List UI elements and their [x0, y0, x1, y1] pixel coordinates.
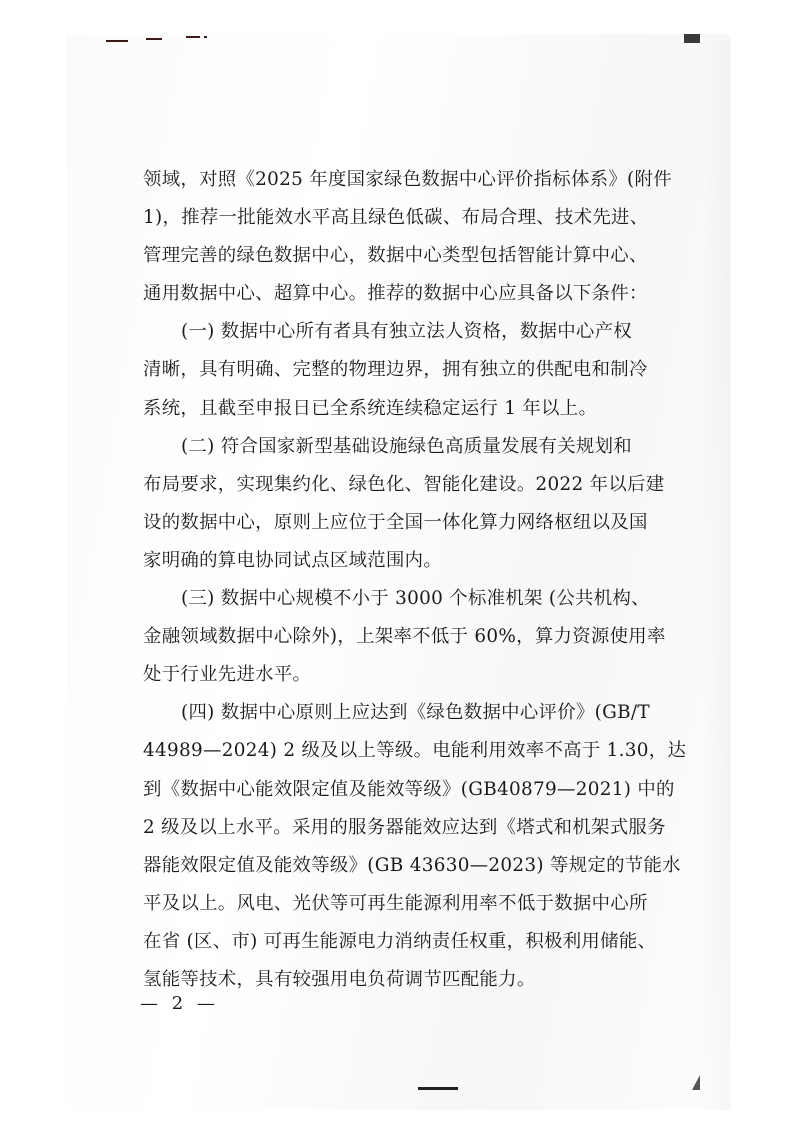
- scan-edge-mark: [684, 34, 700, 43]
- text-line: 清晰，具有明确、完整的物理边界，拥有独立的供配电和制冷: [143, 351, 688, 389]
- scan-bottom-edge: [418, 1087, 458, 1090]
- document-body: 领域，对照《2025 年度国家绿色数据中心评价指标体系》(附件 1)，推荐一批能…: [143, 161, 688, 999]
- page-corner-fold: [692, 1075, 700, 1090]
- text-line: 44989—2024) 2 级及以上等级。电能利用效率不高于 1.30，达: [143, 732, 688, 770]
- page-shadow: [700, 40, 730, 1110]
- text-line: 设的数据中心，原则上应位于全国一体化算力网络枢纽以及国: [143, 504, 688, 542]
- text-line: 器能效限定值及能效等级》(GB 43630—2023) 等规定的节能水: [143, 847, 688, 885]
- page-number: — 2 —: [140, 993, 219, 1014]
- text-line: 在省 (区、市) 可再生能源电力消纳责任权重，积极利用储能、: [143, 923, 688, 961]
- text-line: 金融领域数据中心除外)，上架率不低于 60%，算力资源使用率: [143, 618, 688, 656]
- text-line: 领域，对照《2025 年度国家绿色数据中心评价指标体系》(附件: [143, 161, 688, 199]
- text-line: 家明确的算电协同试点区域范围内。: [143, 542, 688, 580]
- text-line: 氢能等技术，具有较强用电负荷调节匹配能力。: [143, 961, 688, 999]
- text-line: 通用数据中心、超算中心。推荐的数据中心应具备以下条件：: [143, 275, 688, 313]
- text-line: 1)，推荐一批能效水平高且绿色低碳、布局合理、技术先进、: [143, 199, 688, 237]
- text-line: 到《数据中心能效限定值及能效等级》(GB40879—2021) 中的: [143, 771, 688, 809]
- text-line: 管理完善的绿色数据中心，数据中心类型包括智能计算中心、: [143, 237, 688, 275]
- text-line: 处于行业先进水平。: [143, 656, 688, 694]
- clause-1-heading-line: (一) 数据中心所有者具有独立法人资格，数据中心产权: [143, 313, 688, 351]
- text-line: 布局要求，实现集约化、绿色化、智能化建设。2022 年以后建: [143, 466, 688, 504]
- clause-2-heading-line: (二) 符合国家新型基础设施绿色高质量发展有关规划和: [143, 428, 688, 466]
- clause-3-heading-line: (三) 数据中心规模不小于 3000 个标准机架 (公共机构、: [143, 580, 688, 618]
- text-line: 2 级及以上水平。采用的服务器能效应达到《塔式和机架式服务: [143, 809, 688, 847]
- clause-4-heading-line: (四) 数据中心原则上应达到《绿色数据中心评价》(GB/T: [143, 694, 688, 732]
- text-line: 平及以上。风电、光伏等可再生能源利用率不低于数据中心所: [143, 885, 688, 923]
- text-line: 系统，且截至申报日已全系统连续稳定运行 1 年以上。: [143, 390, 688, 428]
